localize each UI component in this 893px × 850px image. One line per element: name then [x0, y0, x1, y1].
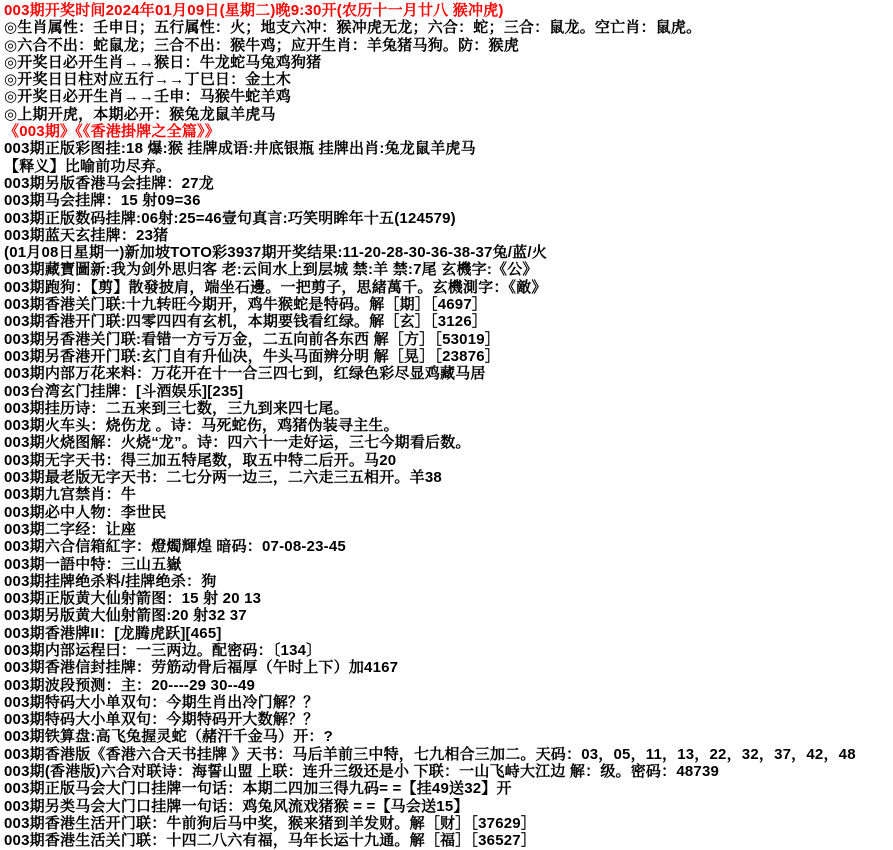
text-line: 003台湾玄门挂牌：[斗酒娱乐][235] — [4, 383, 893, 400]
text-line: 003期正版数码挂牌:06射:25=46壹句真言:巧笑明眸年十五(124579) — [4, 210, 893, 227]
text-line: (01月08日星期一)新加坡TOTO彩3937期开奖结果:11-20-28-30… — [4, 244, 893, 261]
text-line: 003期波段预测：主：20----29 30--49 — [4, 677, 893, 694]
text-line: 003期火车头：烧伤龙 。诗：马死蛇伤，鸡猪伪装寻主生。 — [4, 417, 893, 434]
text-line: 【释义】比喻前功尽弃。 — [4, 158, 893, 175]
text-line: 003期六合信箱紅字：燈燭輝煌 暗码：07-08-23-45 — [4, 538, 893, 555]
text-line: 003期一語中特：三山五嶽 — [4, 556, 893, 573]
text-line: 003期挂历诗：二五来到三七数，三九到来四七尾。 — [4, 400, 893, 417]
text-line: 003期另香港开门联:玄门自有升仙决，牛头马面辨分明 解［晃］［23876］ — [4, 348, 893, 365]
text-line: ◎开奖日日柱对应五行→→丁巳日：金土木 — [4, 71, 893, 88]
text-line: 003期跑狗：【剪】散發披肩，端坐石邊。一把剪子，思緒萬千。玄機測字：《敵》 — [4, 279, 893, 296]
text-line: 003期铁算盘:高飞兔握灵蛇（赭汗千金马）开：? — [4, 728, 893, 745]
text-line: 003期香港生活关门联：十四二八六有福，马年长运十九通。解［福］［36527］ — [4, 832, 893, 849]
text-line: 003期必中人物：李世民 — [4, 504, 893, 521]
text-line: 003期挂牌绝杀料/挂牌绝杀：狗 — [4, 573, 893, 590]
text-line: 003期正版彩图挂:18 爆:猴 挂牌成语:井底银瓶 挂牌出肖:兔龙鼠羊虎马 — [4, 140, 893, 157]
text-line: 003期另版香港马会挂牌：27龙 — [4, 175, 893, 192]
text-line: 003期特码大小单双句：今期生肖出冷门解？？ — [4, 694, 893, 711]
text-line: ◎生肖属性：壬申日；五行属性：火；地支六冲：猴冲虎无龙；六合：蛇；三合：鼠龙。空… — [4, 19, 893, 36]
text-line: 003期另香港关门联:看错一方亏万金，二五向前各东西 解［方］［53019］ — [4, 331, 893, 348]
text-line: 003期马会挂牌：15 射09=36 — [4, 192, 893, 209]
text-line: 003期香港牌II：[龙腾虎跃][465] — [4, 625, 893, 642]
text-line: 003期无字天书：得三加五特尾数，取五中特二后开。马20 — [4, 452, 893, 469]
text-line: 003期香港生活开门联：牛前狗后马中奖，猴来猪到羊发财。解［财］［37629］ — [4, 815, 893, 832]
text-line: 003期火烧图解：火烧“龙”。诗：四六十一走好运，三七今期看后数。 — [4, 434, 893, 451]
text-line: ◎六合不出：蛇鼠龙；三合不出：猴牛鸡；应开生肖：羊兔猪马狗。防：猴虎 — [4, 37, 893, 54]
text-line: 003期九宫禁肖：牛 — [4, 486, 893, 503]
text-line: ◎开奖日必开生肖→→壬申：马猴牛蛇羊鸡 — [4, 88, 893, 105]
text-line: 003期正版黄大仙射箭图：15 射 20 13 — [4, 590, 893, 607]
text-line: 003期藏寶圖新:我为剑外思归客 老:云间水上到层城 禁:羊 禁:7尾 玄機字:… — [4, 261, 893, 278]
text-line: 003期内部万花来料：万花开在十一合三四七到，红绿色彩尽显鸡藏马居 — [4, 365, 893, 382]
text-line: 003期香港信封挂牌：劳筋动骨后福厚（午时上下）加4167 — [4, 659, 893, 676]
text-line: 《003期》《《香港掛牌之全篇》》 — [4, 123, 893, 140]
text-line: 003期特码大小单双句：今期特码开大数解？？ — [4, 711, 893, 728]
text-line: 003期开奖时间2024年01月09日(星期二)晚9:30开(农历十一月廿八 猴… — [4, 2, 893, 19]
text-line: 003期蓝天玄挂牌：23猪 — [4, 227, 893, 244]
lottery-tips-page: 003期开奖时间2024年01月09日(星期二)晚9:30开(农历十一月廿八 猴… — [0, 0, 893, 850]
text-line: 003期内部运程曰：一三两边。配密码：〔134〕 — [4, 642, 893, 659]
text-line: 003期(香港版)六合对联诗：海誓山盟 上联：连升三级还是小 下联：一山飞峙大江… — [4, 763, 893, 780]
text-line: 003期香港关门联:十九转旺今期开，鸡牛猴蛇是特码。解［期］［4697］ — [4, 296, 893, 313]
text-line: 003期最老版无字天书：二七分两一边三，二六走三五相开。羊38 — [4, 469, 893, 486]
content-lines: 003期开奖时间2024年01月09日(星期二)晚9:30开(农历十一月廿八 猴… — [4, 2, 893, 850]
text-line: 003期香港开门联:四零四四有玄机，本期要钱看红绿。解［玄］［3126］ — [4, 313, 893, 330]
text-line: 003期另版黄大仙射箭图:20 射32 37 — [4, 607, 893, 624]
text-line: ◎开奖日必开生肖→→猴日：牛龙蛇马兔鸡狗猪 — [4, 54, 893, 71]
text-line: 003期二字经：让座 — [4, 521, 893, 538]
text-line: ◎上期开虎，本期必开：猴兔龙鼠羊虎马 — [4, 106, 893, 123]
text-line: 003期正版马会大门口挂牌一句话：本期二四加三得九码= =【挂49送32】开 — [4, 780, 893, 797]
text-line: 003期另类马会大门口挂牌一句话：鸡兔风流戏猪猴 = =【马会送15】 — [4, 798, 893, 815]
text-line: 003期香港版《香港六合天书挂牌 》天书：马后羊前三中特，七九相合三加二。天码：… — [4, 746, 893, 763]
